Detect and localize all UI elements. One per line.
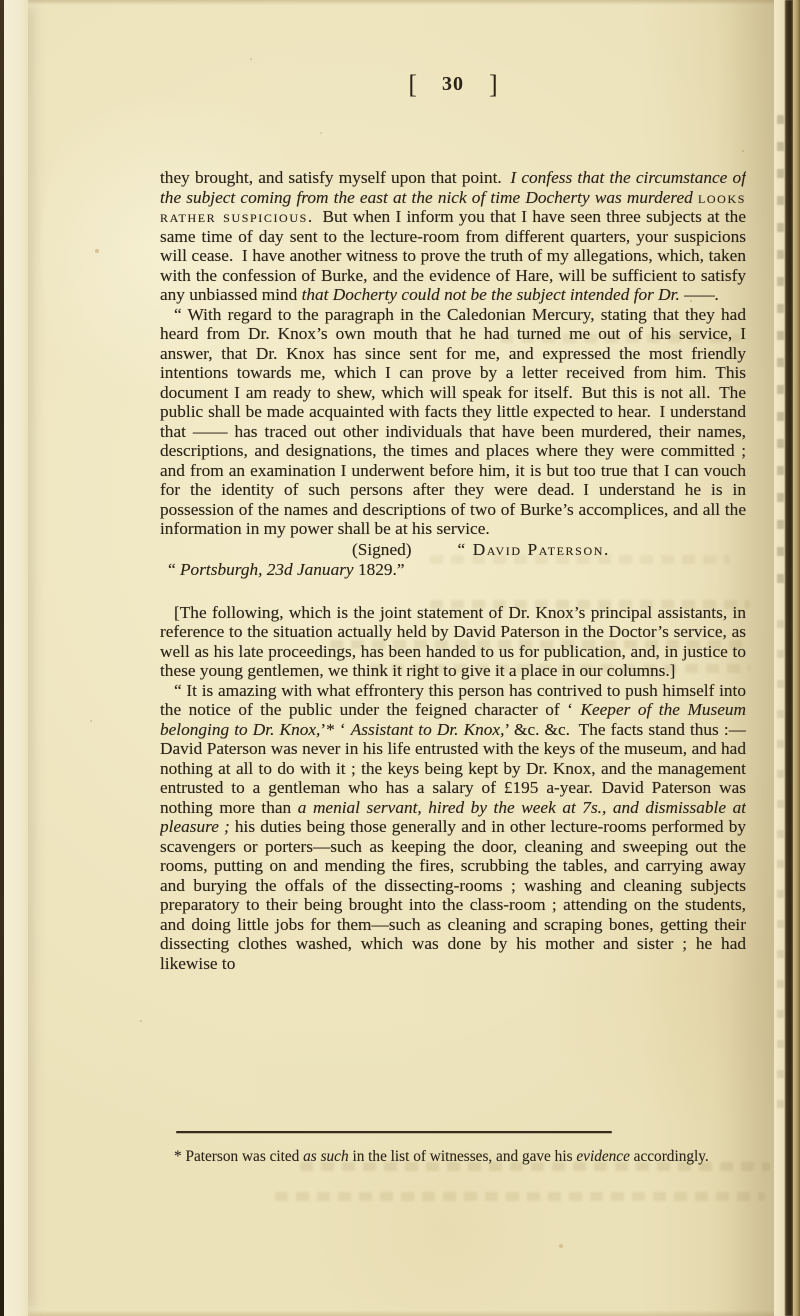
paragraph-letter-continuation: they brought, and satisfy myself upon th… (160, 168, 746, 305)
folio-number: 30 (442, 73, 464, 95)
page-top-edge (0, 0, 800, 5)
adjacent-page-text-fragments (777, 115, 784, 585)
signature-line: (Signed) “ David Paterson. (160, 540, 746, 560)
page-bottom-edge (0, 1310, 800, 1316)
page-left-edge-strip (4, 0, 28, 1316)
footnote-separator-rule (176, 1131, 612, 1133)
page-number: [30] (160, 70, 746, 97)
folio-open-bracket: [ (408, 70, 417, 99)
dateline: “ Portsburgh, 23d January 1829.” (160, 560, 746, 580)
footnote-text: * Paterson was cited as such in the list… (148, 1147, 756, 1166)
bleedthrough-ghost-text (275, 1192, 765, 1201)
signatory-name: “ David Paterson. (458, 540, 610, 560)
signed-label: (Signed) (352, 540, 412, 560)
page-right-edge-line (785, 0, 793, 1316)
paragraph-editorial-note: [The following, which is the joint state… (160, 603, 746, 681)
paper-stain (280, 1150, 610, 1310)
paragraph-letter-second: “ With regard to the paragraph in the Ca… (160, 305, 746, 539)
adjacent-page-text-fragments (777, 620, 784, 1120)
folio-close-bracket: ] (489, 70, 498, 99)
page-text: they brought, and satisfy myself upon th… (160, 168, 746, 973)
paragraph-assistants-statement: “ It is amazing with what effrontery thi… (160, 681, 746, 974)
book-page-scan: [30] they brought, and satisfy myself up… (0, 0, 800, 1316)
book-edge-tan-strip (793, 0, 800, 1316)
